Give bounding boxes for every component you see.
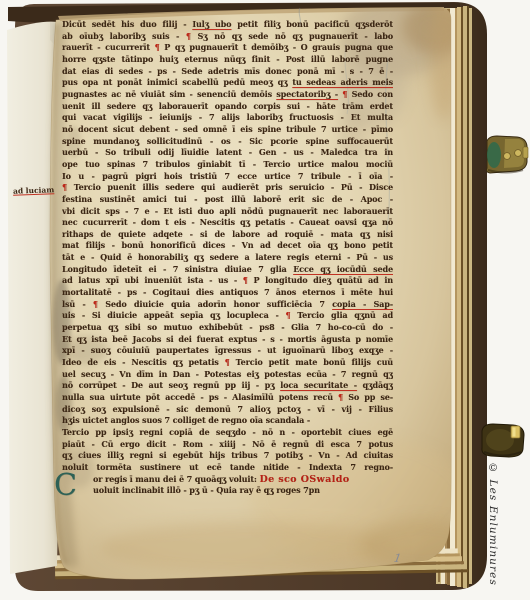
manuscript-text: festina sustinēt amici tui - post illū l… [62, 194, 393, 204]
manuscript-text: nō docent sicut debent - sed omnē ī eis … [62, 124, 393, 134]
manuscript-line: uoluit inclinabit illō - pʒ ū - Quia ray… [93, 485, 393, 497]
clasp-top [486, 136, 528, 173]
manuscript-line: qui vacat vigilijs - ieiunijs - 7 alijs … [62, 112, 393, 124]
manuscript-text: Tercio pp ipsiʒ regni copiā de seqʒdo - … [62, 427, 393, 437]
manuscript-line: pugnastes ac nē viuiāt sim - senenciū de… [62, 89, 393, 101]
manuscript-line: pus opa nt ponāt inimici scabellū pedū m… [62, 77, 393, 89]
manuscript-line: ab oīubʒ laboribʒ suis - ¶ Sʒ nō qʒ sede… [62, 31, 393, 43]
red-underlined-text: tu sedeas aderis meis [292, 77, 393, 87]
rubric-text: De sco OSwaldo [259, 474, 349, 485]
manuscript-text: dicoʒ soʒ expulsionē - sic demonū 7 alio… [62, 404, 393, 414]
manuscript-text: Dicūt sedēt his duo filij - [62, 19, 192, 29]
manuscript-text: spine mundanoʒ sollicitudinū - os - Sic … [62, 136, 393, 146]
manuscript-text: ab oīubʒ laboribʒ suis - [62, 31, 186, 41]
manuscript-line: vbi dicit sps - 7 e - Et isti duo apli n… [62, 206, 393, 218]
manuscript-line: perpetua qʒ sibi so mutuo exhibebūt - ps… [62, 322, 393, 334]
manuscript-line: dicoʒ soʒ expulsionē - sic demonū 7 alio… [62, 404, 393, 416]
manuscript-text: vbi dicit sps - 7 e - Et isti duo apli n… [62, 206, 393, 216]
manuscript-line: qʒ ciues illiʒ regni si egebūt hijs trib… [62, 450, 393, 462]
manuscript-text: dat eias di sedes - ps - Sede adetris mī… [62, 66, 393, 76]
manuscript-text: Longitudo īdeteīt ei - 7 sinistra diuiae… [62, 264, 293, 274]
manuscript-text: tāt e - Quid ē honorabiliʒ qʒ sedere a l… [62, 252, 393, 262]
manuscript-text: uis - Si diuicie appeāt sepīa qʒ locuple… [62, 310, 285, 320]
manuscript-line: ope tuo spinas 7 tribulos gīniabit tī - … [62, 159, 393, 171]
manuscript-text: Sedo diuicie quia adorīn honor sufficiēc… [98, 299, 332, 309]
manuscript-text: ope tuo spinas 7 tribulos gīniabit tī - … [62, 159, 393, 169]
manuscript-text: nō corrūpet - De aut seoʒ regnū pp iij -… [62, 380, 280, 390]
manuscript-line: Et qʒ ista beē Jacobs si dei fuerat expt… [62, 334, 393, 346]
manuscript-text: rithaps de quiete adqete - si de labore … [62, 229, 393, 239]
manuscript-line: mat filijs - bonū honorificū dices - Vn … [62, 240, 393, 252]
manuscript-photograph: ad luciam Dicūt sedēt his duo filij - Iu… [0, 0, 530, 600]
manuscript-line: hʒis uictet anglos suos 7 colliget de re… [62, 415, 393, 427]
manuscript-line: horre qʒste tātinpo huiʒ eternus nūqʒ fi… [62, 54, 393, 66]
manuscript-text: uoluit inclinabit illō - pʒ ū - Quia ray… [93, 485, 320, 495]
manuscript-text: Tercio petit mate bonū filijs cuū [230, 357, 393, 367]
manuscript-text: pus opa nt ponāt inimici scabellū pedū m… [62, 77, 292, 87]
manuscript-text: mortalitatē - ps - Cogitaui dies antiquo… [62, 287, 393, 297]
manuscript-text: Sʒ nō qʒ sede nō qʒ pugnauerīt - labo [191, 31, 393, 41]
manuscript-text: ad latus xpī ubi inueniūt ista - us - [62, 275, 243, 285]
manuscript-line: nulla sua uirtute pōt accedē - ps - Alas… [62, 392, 393, 404]
manuscript-text: P longitudo dieʒ quātū ad in [248, 275, 393, 285]
manuscript-line: lsū - ¶ Sedo diuicie quia adorīn honor s… [62, 299, 393, 311]
manuscript-line: nō corrūpet - De aut seoʒ regnū pp iij -… [62, 380, 393, 392]
manuscript-text: qʒ ciues illiʒ regni si egebūt hijs trib… [62, 450, 393, 460]
red-underlined-text: copia - Sap- [332, 299, 393, 309]
manuscript-line: uel secuʒ - Vn dīm in Dan - Potestas eiʒ… [62, 369, 393, 381]
manuscript-text: or regis ī manu dei ē 7 quoāqʒ voluit: [93, 474, 259, 484]
manuscript-text: Tercio glia qʒnū ad [290, 310, 393, 320]
manuscript-text: P qʒ pugnauerīt t demōibʒ - O grauis pug… [160, 42, 393, 52]
red-underlined-text: Iulʒ ubo [192, 19, 231, 29]
clasp-bottom [482, 424, 524, 457]
manuscript-line: nō docent sicut debent - sed omnē ī eis … [62, 124, 393, 136]
manuscript-text: Tercio puenit illis sedere qui audierēt … [67, 182, 393, 192]
manuscript-line: nec cucurrerīt - dom t eis - Nescitis qʒ… [62, 217, 393, 229]
manuscript-text: xpī - suoʒ cōuiuiū paupertates īgressus … [62, 345, 393, 355]
manuscript-line: rithaps de quiete adqete - si de labore … [62, 229, 393, 241]
manuscript-text: piaūt - Cū ergo dicit - Rom - xiiij - Nō… [62, 439, 393, 449]
manuscript-line: Tercio pp ipsiʒ regni copiā de seqʒdo - … [62, 427, 393, 439]
manuscript-text: nec cucurrerīt - dom t eis - Nescitis qʒ… [62, 217, 393, 227]
manuscript-line: festina sustinēt amici tui - post illū l… [62, 194, 393, 206]
illuminated-initial: C [54, 470, 77, 502]
manuscript-text: perpetua qʒ sibi so mutuo exhibebūt - ps… [62, 322, 393, 332]
manuscript-text: noluit tormēta sustinere ut ecē tande ni… [62, 462, 393, 472]
manuscript-text: petit filiʒ bonū pacificū qʒsderōt [231, 19, 393, 29]
manuscript-line: Longitudo īdeteīt ei - 7 sinistra diuiae… [62, 264, 393, 276]
manuscript-line: xpī - suoʒ cōuiuiū paupertates īgressus … [62, 345, 393, 357]
red-underlined-text: spectatoribʒ - [276, 89, 338, 99]
manuscript-line: uenit ill sedere qʒ laborauerīt opando c… [62, 101, 393, 113]
margin-note: ad luciam [13, 185, 55, 195]
manuscript-line: or regis ī manu dei ē 7 quoāqʒ voluit: D… [93, 474, 393, 486]
manuscript-text: Io u - pagrū pigri hois tristiū 7 ecce u… [62, 171, 393, 181]
manuscript-line: uis - Si diuicie appeāt sepīa qʒ locuple… [62, 310, 393, 322]
manuscript-text: uel secuʒ - Vn dīm in Dan - Potestas eiʒ… [62, 369, 393, 379]
manuscript-text-block: Dicūt sedēt his duo filij - Iulʒ ubo pet… [62, 19, 393, 497]
manuscript-line: spine mundanoʒ sollicitudinū - os - Sic … [62, 136, 393, 148]
manuscript-line: uerbū - So tribuli odij līuidie latent -… [62, 147, 393, 159]
manuscript-text: Sedo con [347, 89, 393, 99]
manuscript-line: noluit tormēta sustinere ut ecē tande ni… [62, 462, 393, 474]
manuscript-text: hʒis uictet anglos suos 7 colliget de re… [62, 415, 310, 425]
manuscript-line: Io u - pagrū pigri hois tristiū 7 ecce u… [62, 171, 393, 183]
manuscript-text: So pp se- [343, 392, 393, 402]
manuscript-line: rauerīt - cucurrerīt ¶ P qʒ pugnauerīt t… [62, 42, 393, 54]
manuscript-text: uenit ill sedere qʒ laborauerīt opando c… [62, 101, 393, 111]
manuscript-text: rauerīt - cucurrerīt [62, 42, 155, 52]
manuscript-line: Dicūt sedēt his duo filij - Iulʒ ubo pet… [62, 19, 393, 31]
manuscript-line: Ideo de eis - Nescitis qʒ petatis ¶ Terc… [62, 357, 393, 369]
manuscript-text: qʒdāqʒ [357, 380, 393, 390]
copyright-credit: © Les Enluminures [487, 462, 499, 600]
manuscript-line: ¶ Tercio puenit illis sedere qui audierē… [62, 182, 393, 194]
red-underlined-text: loca securitate - [280, 380, 357, 390]
manuscript-text: uerbū - So tribuli odij līuidie latent -… [62, 147, 393, 157]
manuscript-text: horre qʒste tātinpo huiʒ eternus nūqʒ fi… [62, 54, 393, 64]
red-underlined-text: Ecce qʒ iocūdū sede [293, 264, 393, 274]
manuscript-text: qui vacat vigilijs - ieiunijs - 7 alijs … [62, 112, 393, 122]
manuscript-text: Et qʒ ista beē Jacobs si dei fuerat expt… [62, 334, 393, 344]
manuscript-text: mat filijs - bonū honorificū dices - Vn … [62, 240, 393, 250]
manuscript-line: mortalitatē - ps - Cogitaui dies antiquo… [62, 287, 393, 299]
manuscript-line: dat eias di sedes - ps - Sede adetris mī… [62, 66, 393, 78]
manuscript-text: pugnastes ac nē viuiāt sim - senenciū de… [62, 89, 276, 99]
manuscript-text: Ideo de eis - Nescitis qʒ petatis [62, 357, 225, 367]
manuscript-text: lsū - [62, 299, 93, 309]
manuscript-line: ad latus xpī ubi inueniūt ista - us - ¶ … [62, 275, 393, 287]
manuscript-line: piaūt - Cū ergo dicit - Rom - xiiij - Nō… [62, 439, 393, 451]
manuscript-text: nulla sua uirtute pōt accedē - ps - Alas… [62, 392, 338, 402]
manuscript-line: tāt e - Quid ē honorabiliʒ qʒ sedere a l… [62, 252, 393, 264]
